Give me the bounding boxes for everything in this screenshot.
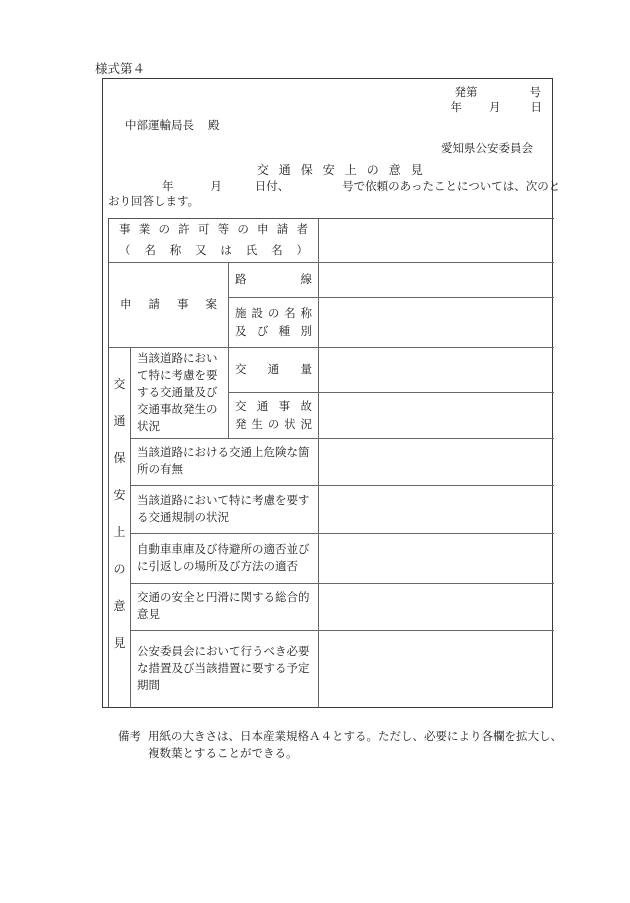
remarks-line-1: 用紙の大きさは、日本産業規格Ａ４とする。ただし、必要により各欄を拡大し、 [148,729,562,746]
traffic-volume-label-cell: 交 通 量 [229,348,319,393]
traffic-regulation-desc: 当該道路において特に考慮を要する交通規制の状況 [137,493,318,527]
vertical-char: 上 [113,525,125,539]
request-month-label: 月 [210,181,222,193]
traffic-regulation-desc-cell: 当該道路において特に考慮を要する交通規制の状況 [131,486,319,534]
addressee-name: 中部運輸局長 [125,119,194,133]
document-page: 様式第４ 発第 号 年 月 日 中部運輸局長 殿 愛知県公安委員会 交 通 保 … [0,0,630,903]
safety-opinion-vertical-header: 交 通 保 安 上 の 意 見 [109,348,131,708]
request-year-label: 年 [162,181,174,193]
commission-measures-desc-cell: 公安委員会において行うべき必要な措置及び当該措置に要する予定期間 [131,631,319,708]
overall-opinion-desc: 交通の安全と円滑に関する総合的意見 [137,590,318,624]
remarks-note: 備考 用紙の大きさは、日本産業規格Ａ４とする。ただし、必要により各欄を拡大し、 … [118,729,562,763]
traffic-volume-value-cell [319,348,554,393]
applicant-value-cell [319,219,554,263]
vertical-char: 安 [113,488,125,502]
facility-label-cell: 施 設 の 名 称 及 び 種 別 [229,298,319,348]
remarks-label: 備考 [118,729,141,763]
route-value-cell [319,263,554,298]
request-reference-line: 年 月 日付、 号で依頼のあったことについては、次のと [108,180,560,194]
commission-measures-desc: 公安委員会において行うべき必要な措置及び当該措置に要する予定期間 [137,644,318,695]
dangerous-spots-desc-cell: 当該道路における交通上危険な箇所の有無 [131,439,319,486]
date-month-label: 月 [489,101,501,115]
overall-opinion-desc-cell: 交通の安全と円滑に関する総合的意見 [131,584,319,631]
overall-opinion-value-cell [319,584,554,631]
remarks-line-2: 複数葉とすることができる。 [148,746,562,763]
vertical-char: 見 [113,636,125,650]
form-border-box: 発第 号 年 月 日 中部運輸局長 殿 愛知県公安委員会 交 通 保 安 上 の… [102,78,553,708]
vertical-char: 意 [113,599,125,613]
sender-name: 愛知県公安委員会 [441,142,533,156]
garage-suitability-value-cell [319,534,554,584]
remarks-text: 用紙の大きさは、日本産業規格Ａ４とする。ただし、必要により各欄を拡大し、 複数葉… [148,729,562,763]
issue-number-line: 発第 号 [103,86,552,100]
vertical-char: 交 [113,377,125,391]
traffic-regulation-value-cell [319,486,554,534]
traffic-conditions-desc-cell: 当該道路において特に考慮を要する交通量及び交通事故発生の状況 [131,348,229,439]
route-label: 路 線 [235,273,312,287]
commission-measures-value-cell [319,631,554,708]
accident-status-label-line1: 交 通 事 故 [235,398,312,416]
applicant-label-cell: 事 業 の 許 可 等 の 申 請 者 （ 名 称 又 は 氏 名 ） [109,219,319,263]
facility-label-line2: 及 び 種 別 [235,323,312,341]
sender-line: 愛知県公安委員会 [103,142,552,156]
issue-number-suffix: 号 [530,86,542,100]
vertical-char: の [113,562,125,576]
case-label-cell: 申 請 事 案 [109,263,229,348]
garage-suitability-desc-cell: 自動車車庫及び待避所の適否並びに引返しの場所及び方法の適否 [131,534,319,584]
addressee-line: 中部運輸局長 殿 [103,119,552,133]
facility-label-line1: 施 設 の 名 称 [235,305,312,323]
route-label-cell: 路 線 [229,263,319,298]
form-number: 様式第４ [95,62,145,76]
vertical-char: 保 [113,451,125,465]
addressee-honorific: 殿 [208,119,220,133]
dangerous-spots-desc: 当該道路における交通上危険な箇所の有無 [137,445,318,479]
date-day-label: 日 [531,101,543,115]
request-reference-line-2: おり回答します。 [108,195,199,209]
accident-status-value-cell [319,393,554,439]
accident-status-label-line2: 発 生 の 状 況 [235,416,312,434]
request-day-label: 日付、 [255,181,290,193]
case-label: 申 請 事 案 [120,298,217,312]
request-number-text: 号で依頼のあったことについては、次のと [342,181,560,193]
applicant-label-line2: （ 名 称 又 は 氏 名 ） [119,241,308,262]
dangerous-spots-value-cell [319,439,554,486]
vertical-char: 通 [113,414,125,428]
date-line: 年 月 日 [103,101,552,115]
opinion-table: 事 業 の 許 可 等 の 申 請 者 （ 名 称 又 は 氏 名 ） 申 請 … [108,218,554,708]
date-year-label: 年 [451,101,463,115]
issue-number-prefix: 発第 [455,86,478,100]
garage-suitability-desc: 自動車車庫及び待避所の適否並びに引返しの場所及び方法の適否 [137,542,318,576]
traffic-conditions-desc: 当該道路において特に考慮を要する交通量及び交通事故発生の状況 [137,351,223,436]
accident-status-label-cell: 交 通 事 故 発 生 の 状 況 [229,393,319,439]
form-title: 交 通 保 安 上 の 意 見 [103,163,552,177]
facility-value-cell [319,298,554,348]
applicant-label-line1: 事 業 の 許 可 等 の 申 請 者 [119,220,308,241]
traffic-volume-label: 交 通 量 [235,363,312,377]
